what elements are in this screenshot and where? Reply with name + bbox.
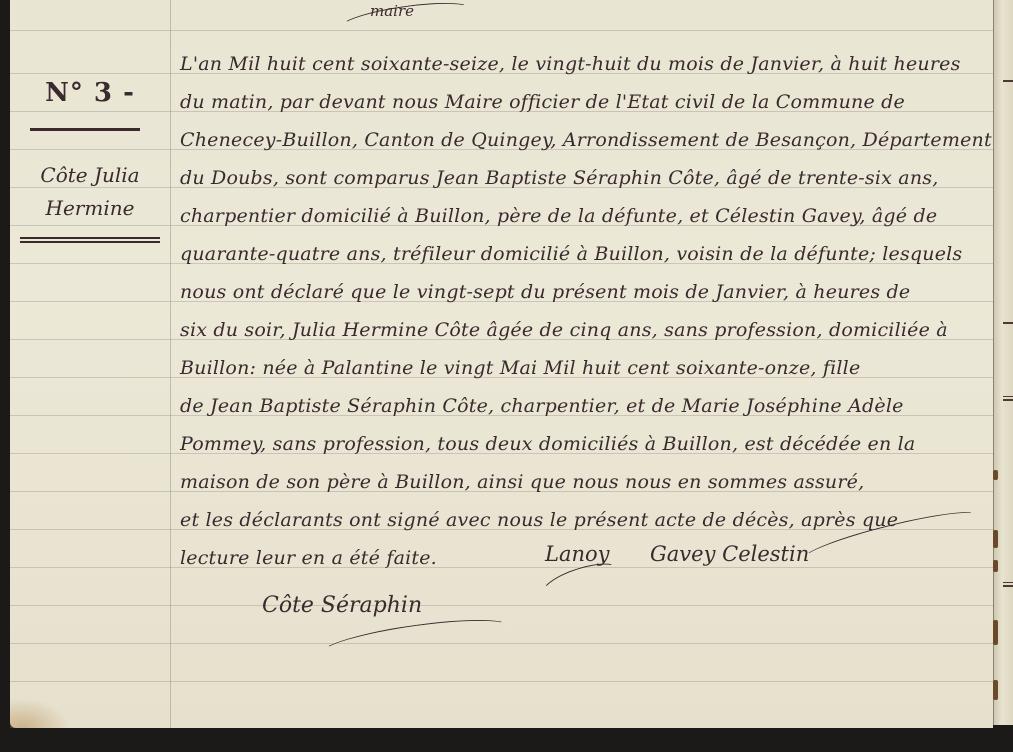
margin-divider: [170, 0, 171, 728]
deceased-name-line1: Côte Julia: [20, 163, 160, 187]
binding-stain: [993, 560, 998, 572]
ruled-line: [10, 30, 993, 31]
body-line: six du soir, Julia Hermine Côte âgée de …: [180, 318, 990, 342]
body-line: Pommey, sans profession, tous deux domic…: [180, 432, 990, 456]
body-line: de Jean Baptiste Séraphin Côte, charpent…: [180, 394, 990, 418]
binding-stain: [993, 470, 998, 480]
margin-tick: [1003, 582, 1013, 587]
body-line: L'an Mil huit cent soixante-seize, le vi…: [180, 52, 990, 76]
margin-tick: [1003, 322, 1013, 324]
body-line: maison de son père à Buillon, ainsi que …: [180, 470, 990, 494]
body-line: nous ont déclaré que le vingt-sept du pr…: [180, 280, 990, 304]
body-line: lecture leur en a été faite.: [180, 546, 510, 570]
entry-number: N° 3 -: [20, 78, 160, 108]
binding-stain: [993, 530, 998, 548]
signature-lanoy: Lanoy: [545, 542, 610, 566]
margin-tick: [1003, 396, 1013, 401]
body-line: Buillon: née à Palantine le vingt Mai Mi…: [180, 356, 990, 380]
signature-cote-seraphin: Côte Séraphin: [262, 593, 422, 618]
margin-underline: [30, 128, 140, 131]
binding-stain: [993, 620, 998, 645]
ruled-line: [10, 605, 993, 606]
next-page-edge: [993, 0, 1013, 725]
ruled-line: [10, 681, 993, 682]
deceased-name-line2: Hermine: [20, 196, 160, 220]
margin-double-rule-top: [20, 237, 160, 239]
body-line: et les déclarants ont signé avec nous le…: [180, 508, 990, 532]
body-line: Chenecey-Buillon, Canton de Quingey, Arr…: [180, 128, 990, 152]
body-line: charpentier domicilié à Buillon, père de…: [180, 204, 990, 228]
margin-tick: [1003, 80, 1013, 82]
binding-stain: [993, 680, 998, 700]
body-line: du matin, par devant nous Maire officier…: [180, 90, 990, 114]
body-line: du Doubs, sont comparus Jean Baptiste Sé…: [180, 166, 990, 190]
signature-gavey-celestin: Gavey Celestin: [650, 542, 809, 566]
body-line: quarante-quatre ans, tréfileur domicilié…: [180, 242, 990, 266]
ruled-line: [10, 643, 993, 644]
margin-double-rule-bottom: [20, 241, 160, 243]
